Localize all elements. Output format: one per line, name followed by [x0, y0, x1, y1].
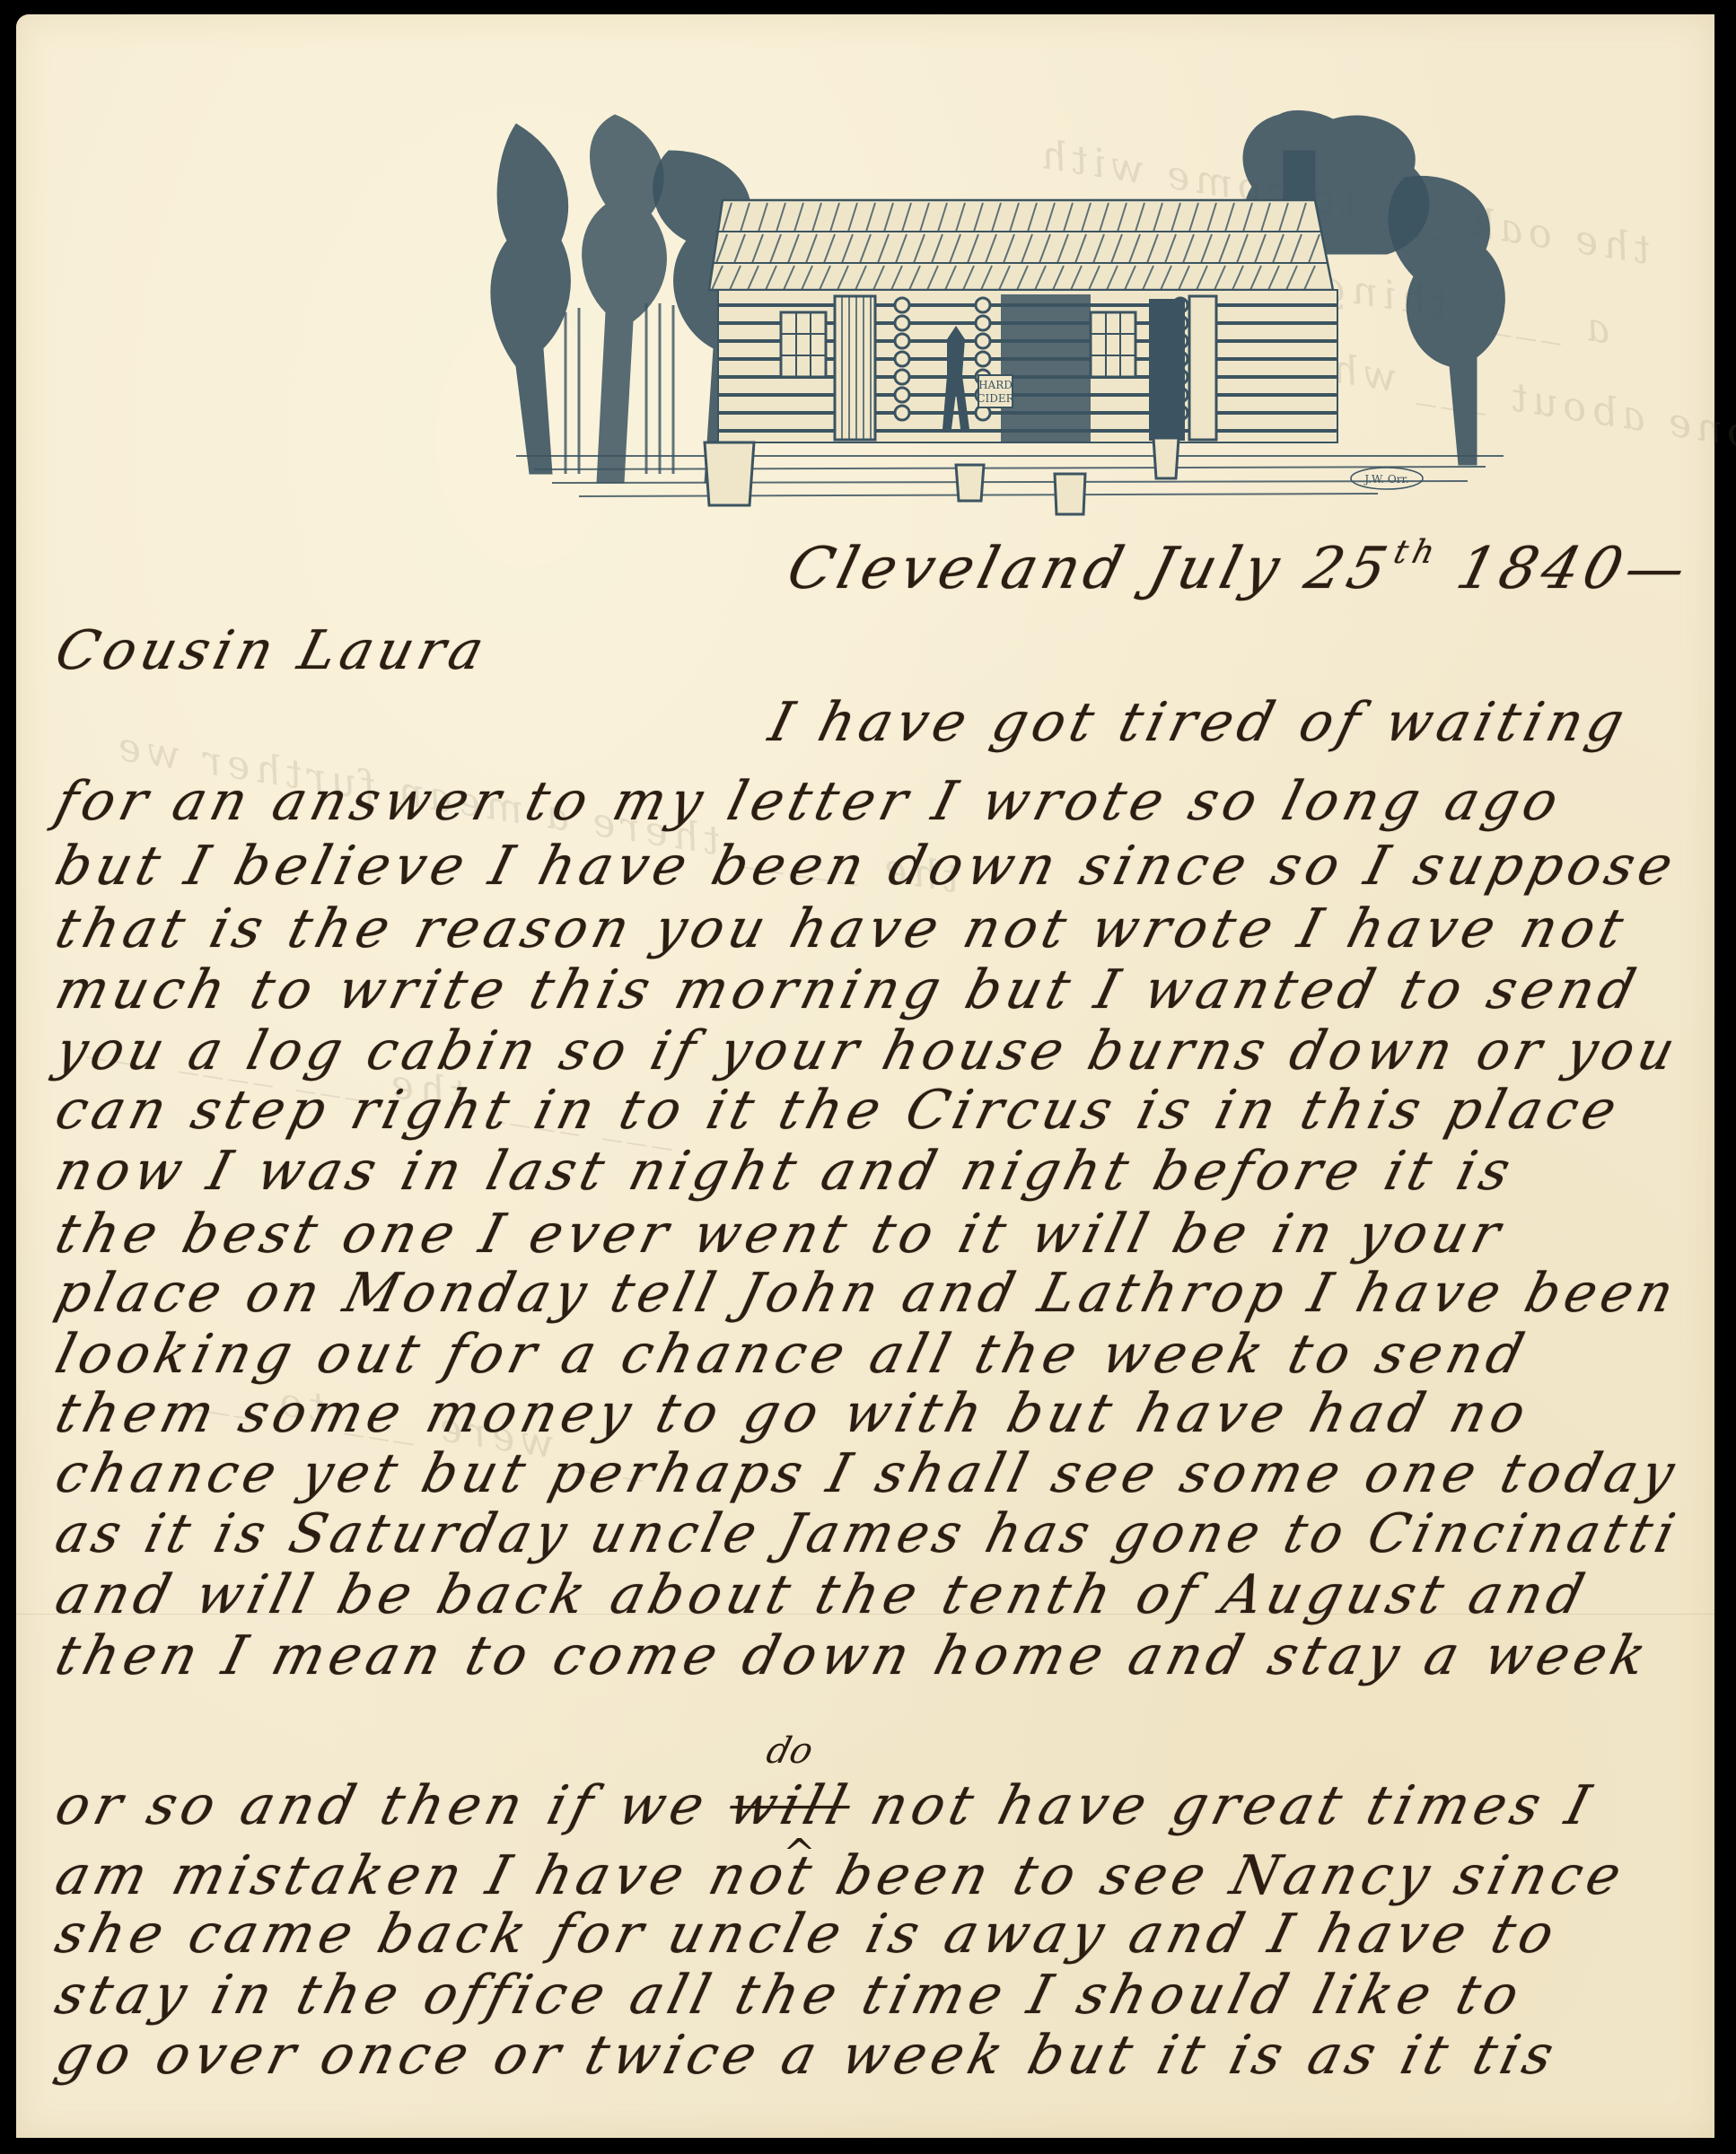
letter-line: you a log cabin so if your house burns d…: [49, 1020, 1686, 1082]
date-ordinal: th: [1390, 534, 1444, 571]
log-cabin-engraving: HARD CIDER J.W. Orr.: [480, 97, 1535, 528]
letter-line: now I was in last night and night before…: [49, 1140, 1521, 1203]
correction-after: not have great times I: [842, 1774, 1601, 1837]
struck-word: will: [723, 1774, 857, 1837]
letter-line: go over once or twice a week but it is a…: [49, 2024, 1565, 2087]
engraver-signature: J.W. Orr.: [1363, 473, 1408, 486]
letter-line: much to write this morning but I wanted …: [49, 959, 1647, 1021]
letter-line: and will be back about the tenth of Augu…: [49, 1563, 1595, 1626]
letter-line: looking out for a chance all the week to…: [49, 1323, 1535, 1386]
svg-text:HARD: HARD: [978, 379, 1013, 391]
letter-line: for an answer to my letter I wrote so lo…: [49, 770, 1570, 833]
letter-line: am mistaken I have not been to see Nancy…: [49, 1844, 1633, 1907]
letter-line: as it is Saturday uncle James has gone t…: [49, 1502, 1686, 1565]
letter-line: stay in the office all the time I should…: [49, 1964, 1530, 2027]
date-month-day: July 25: [1143, 536, 1399, 602]
correction-before: or so and then if we: [49, 1774, 739, 1837]
salutation: Cousin Laura: [49, 619, 495, 682]
letter-date: Cleveland July 25th 1840—: [781, 534, 1698, 602]
svg-text:CIDER: CIDER: [977, 392, 1014, 405]
letter-line: place on Monday tell John and Lathrop I …: [49, 1262, 1685, 1325]
letter-line: chance yet but perhaps I shall see some …: [49, 1442, 1686, 1505]
letter-line: she came back for uncle is away and I ha…: [49, 1903, 1565, 1966]
date-place: Cleveland: [781, 536, 1135, 602]
letter-line: but I believe I have been down since so …: [49, 835, 1684, 897]
letter-line: then I mean to come down home and stay a…: [49, 1624, 1658, 1687]
date-year: 1840—: [1451, 536, 1697, 602]
letter-line: I have got tired of waiting: [763, 691, 1635, 754]
correction-line: or so and then if we will not have great…: [49, 1774, 1601, 1837]
letter-line: them some money to go with but have had …: [49, 1382, 1537, 1445]
letter-line: that is the reason you have not wrote I …: [49, 897, 1635, 960]
letter-line: can step right in to it the Circus is in…: [49, 1079, 1628, 1142]
letter-line: the best one I ever went to it will be i…: [49, 1203, 1512, 1265]
